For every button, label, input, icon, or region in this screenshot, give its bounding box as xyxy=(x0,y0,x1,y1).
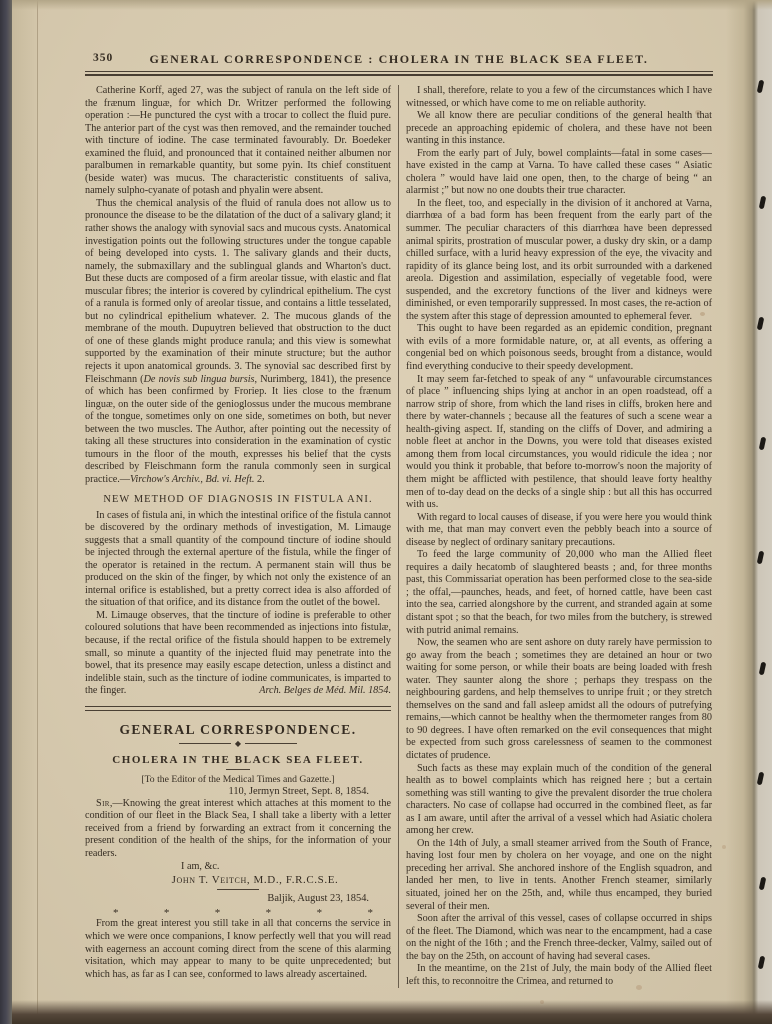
letter-closing: I am, &c. xyxy=(181,861,391,872)
paragraph-ranula-case: Catherine Korff, aged 27, was the subjec… xyxy=(85,85,391,198)
paragraph-letter-intro: Sir,—Knowing the great interest which at… xyxy=(85,798,391,861)
article-heading-fistula: NEW METHOD OF DIAGNOSIS IN FISTULA ANI. xyxy=(85,494,391,505)
paragraph-fistula-1: In cases of fistula ani, in which the in… xyxy=(85,510,391,610)
asterisk-icon: * xyxy=(215,909,221,918)
page-header: 350 GENERAL CORRESPONDENCE : CHOLERA IN … xyxy=(85,50,713,67)
paragraph-ranula-analysis: Thus the chemical analysis of the fluid … xyxy=(85,198,391,487)
diamond-ornament-icon: ◆ xyxy=(235,740,241,748)
paragraph-local-causes: With regard to local causes of disease, … xyxy=(406,512,712,550)
paragraph-relate: I shall, therefore, relate to you a few … xyxy=(406,85,712,110)
page-gutter-crease xyxy=(37,0,38,1024)
letter-signature: John T. Veitch, M.D., F.R.C.S.E. xyxy=(85,874,391,886)
printed-text-block: 350 GENERAL CORRESPONDENCE : CHOLERA IN … xyxy=(85,50,713,988)
paragraph-epidemic-condition: This ought to have been regarded as an e… xyxy=(406,323,712,373)
diamond-ornament: ◆ xyxy=(85,740,391,748)
paragraph-extract-intro: From the great interest you still take i… xyxy=(85,918,391,981)
asterisk-icon: * xyxy=(164,909,170,918)
omission-asterisks: ****** xyxy=(85,909,391,918)
asterisk-icon: * xyxy=(317,909,323,918)
paragraph-varna-camp: From the early part of July, bowel compl… xyxy=(406,148,712,198)
asterisk-icon: * xyxy=(113,909,119,918)
page-gutter-shade xyxy=(12,0,37,1024)
paragraph-reconnoitre: In the meantime, on the 21st of July, th… xyxy=(406,963,712,988)
letter-title-cholera: CHOLERA IN THE BLACK SEA FLEET. xyxy=(85,754,391,766)
column-divider-rule xyxy=(398,85,399,988)
header-rule xyxy=(85,71,713,76)
page-bottom-shadow xyxy=(0,1000,772,1024)
paragraph-fistula-2: M. Limauge observes, that the tincture o… xyxy=(85,610,391,698)
binding-edge xyxy=(0,0,12,1024)
extract-dateline: Baljik, August 23, 1854. xyxy=(85,893,391,904)
letter-dateline: 110, Jermyn Street, Sept. 8, 1854. xyxy=(85,786,391,797)
asterisk-icon: * xyxy=(266,909,272,918)
paragraph-far-fetched: It may seem far-fetched to speak of any … xyxy=(406,374,712,512)
foxing-spot xyxy=(722,845,726,849)
paragraph-hecatomb: To feed the large community of 20,000 wh… xyxy=(406,549,712,637)
paragraph-collapse-cases: Soon after the arrival of this vessel, c… xyxy=(406,913,712,963)
section-title-general-correspondence: GENERAL CORRESPONDENCE. xyxy=(85,722,391,738)
right-column: I shall, therefore, relate to you a few … xyxy=(406,85,712,988)
left-column: Catherine Korff, aged 27, was the subjec… xyxy=(85,85,391,988)
paragraph-fleet-diarrhoea: In the fleet, too, and especially in the… xyxy=(406,198,712,323)
page-right-edge xyxy=(726,0,772,1024)
running-title: GENERAL CORRESPONDENCE : CHOLERA IN THE … xyxy=(150,52,649,66)
asterisk-icon: * xyxy=(367,909,373,918)
foxing-spot xyxy=(540,1000,544,1004)
title-rule xyxy=(226,769,250,770)
signature-rule xyxy=(217,889,259,890)
paragraph-seamen-ashore: Now, the seamen who are sent ashore on d… xyxy=(406,637,712,762)
editor-address-note: [To the Editor of the Medical Times and … xyxy=(85,774,391,785)
paragraph-general-health: Such facts as these may explain much of … xyxy=(406,763,712,838)
page-top-shadow xyxy=(0,0,772,10)
paragraph-french-steamer: On the 14th of July, a small steamer arr… xyxy=(406,838,712,913)
paragraph-peculiar-conditions: We all know there are peculiar condition… xyxy=(406,110,712,148)
two-column-layout: Catherine Korff, aged 27, was the subjec… xyxy=(85,85,713,988)
section-divider-rule xyxy=(85,706,391,711)
page-number: 350 xyxy=(93,52,113,64)
